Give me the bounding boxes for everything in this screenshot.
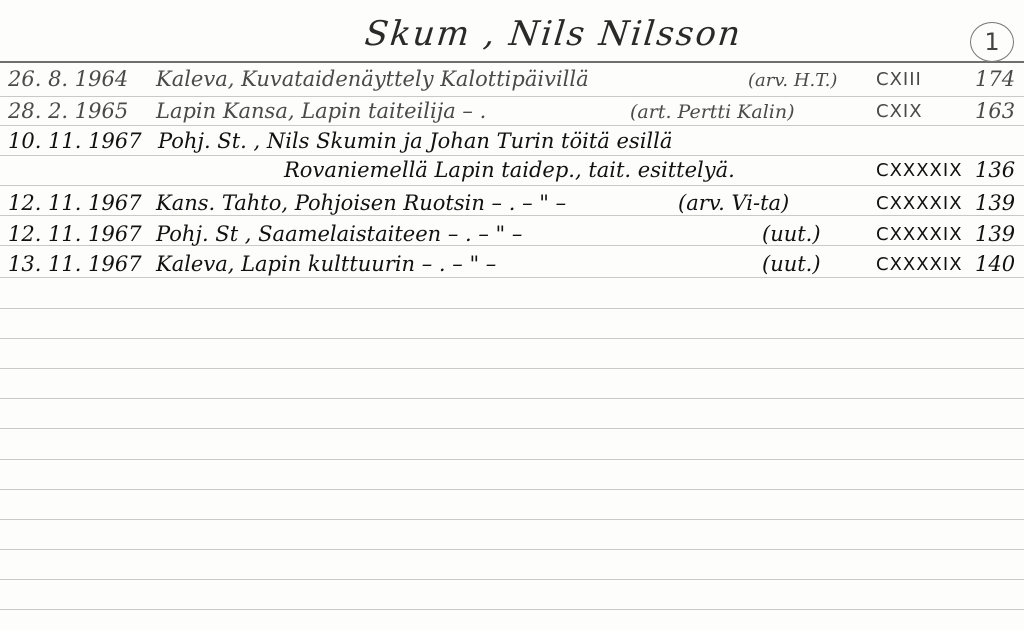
ruled-line bbox=[0, 549, 1024, 550]
ruled-line bbox=[0, 428, 1024, 429]
entry-row: Rovaniemellä Lapin taidep., tait. esitte… bbox=[0, 158, 1024, 188]
entry-date: 13. 11. 1967 bbox=[8, 252, 142, 276]
entry-date: 12. 11. 1967 bbox=[8, 191, 142, 215]
entry-row: 26. 8. 1964 Kaleva, Kuvataidenäyttely Ka… bbox=[0, 67, 1024, 97]
index-card: Skum , Nils Nilsson 1 26. 8. 1964 Kaleva… bbox=[0, 0, 1024, 630]
header-rule bbox=[0, 61, 1024, 63]
entry-row: 10. 11. 1967 Pohj. St. , Nils Skumin ja … bbox=[0, 129, 1024, 159]
entry-note: (uut.) bbox=[762, 222, 821, 246]
card-number-circle: 1 bbox=[970, 22, 1014, 62]
ruled-line bbox=[0, 579, 1024, 580]
ruled-line bbox=[0, 489, 1024, 490]
entry-volume: CXXXXIX bbox=[876, 224, 963, 245]
ruled-line bbox=[0, 368, 1024, 369]
entry-text: Lapin Kansa, Lapin taiteilija – . bbox=[156, 99, 486, 123]
entry-page: 174 bbox=[975, 67, 1015, 91]
entry-page: 139 bbox=[975, 222, 1015, 246]
entry-text: Pohj. St. , Nils Skumin ja Johan Turin t… bbox=[158, 129, 672, 153]
ruled-line bbox=[0, 338, 1024, 339]
entry-volume: CXIII bbox=[876, 69, 922, 90]
ruled-line bbox=[0, 609, 1024, 610]
ruled-line bbox=[0, 308, 1024, 309]
entry-volume: CXXXXIX bbox=[876, 160, 963, 181]
ruled-line bbox=[0, 519, 1024, 520]
entry-date: 10. 11. 1967 bbox=[8, 129, 142, 153]
entry-row: 12. 11. 1967 Kans. Tahto, Pohjoisen Ruot… bbox=[0, 191, 1024, 221]
entry-page: 140 bbox=[975, 252, 1015, 276]
entry-text: Kans. Tahto, Pohjoisen Ruotsin – . – " – bbox=[156, 191, 566, 215]
entry-row: 28. 2. 1965 Lapin Kansa, Lapin taiteilij… bbox=[0, 99, 1024, 129]
entry-volume: CXIX bbox=[876, 101, 923, 122]
entry-text: Pohj. St , Saamelaistaiteen – . – " – bbox=[156, 222, 522, 246]
entry-date: 28. 2. 1965 bbox=[8, 99, 128, 123]
entry-date: 26. 8. 1964 bbox=[8, 67, 128, 91]
entry-note: (art. Pertti Kalin) bbox=[630, 101, 795, 123]
entry-text: Kaleva, Kuvataidenäyttely Kalottipäivill… bbox=[156, 67, 589, 91]
entry-note: (arv. Vi-ta) bbox=[678, 191, 789, 215]
entry-volume: CXXXXIX bbox=[876, 254, 963, 275]
entry-volume: CXXXXIX bbox=[876, 193, 963, 214]
entry-page: 139 bbox=[975, 191, 1015, 215]
entry-note: (uut.) bbox=[762, 252, 821, 276]
entry-row: 12. 11. 1967 Pohj. St , Saamelaistaiteen… bbox=[0, 222, 1024, 252]
ruled-line bbox=[0, 398, 1024, 399]
entry-text: Rovaniemellä Lapin taidep., tait. esitte… bbox=[284, 158, 735, 182]
card-title: Skum , Nils Nilsson bbox=[363, 14, 744, 54]
entry-page: 163 bbox=[975, 99, 1015, 123]
entry-row: 13. 11. 1967 Kaleva, Lapin kulttuurin – … bbox=[0, 252, 1024, 282]
ruled-line bbox=[0, 459, 1024, 460]
entry-note: (arv. H.T.) bbox=[748, 70, 837, 91]
entry-page: 136 bbox=[975, 158, 1015, 182]
entry-date: 12. 11. 1967 bbox=[8, 222, 142, 246]
entry-text: Kaleva, Lapin kulttuurin – . – " – bbox=[156, 252, 496, 276]
